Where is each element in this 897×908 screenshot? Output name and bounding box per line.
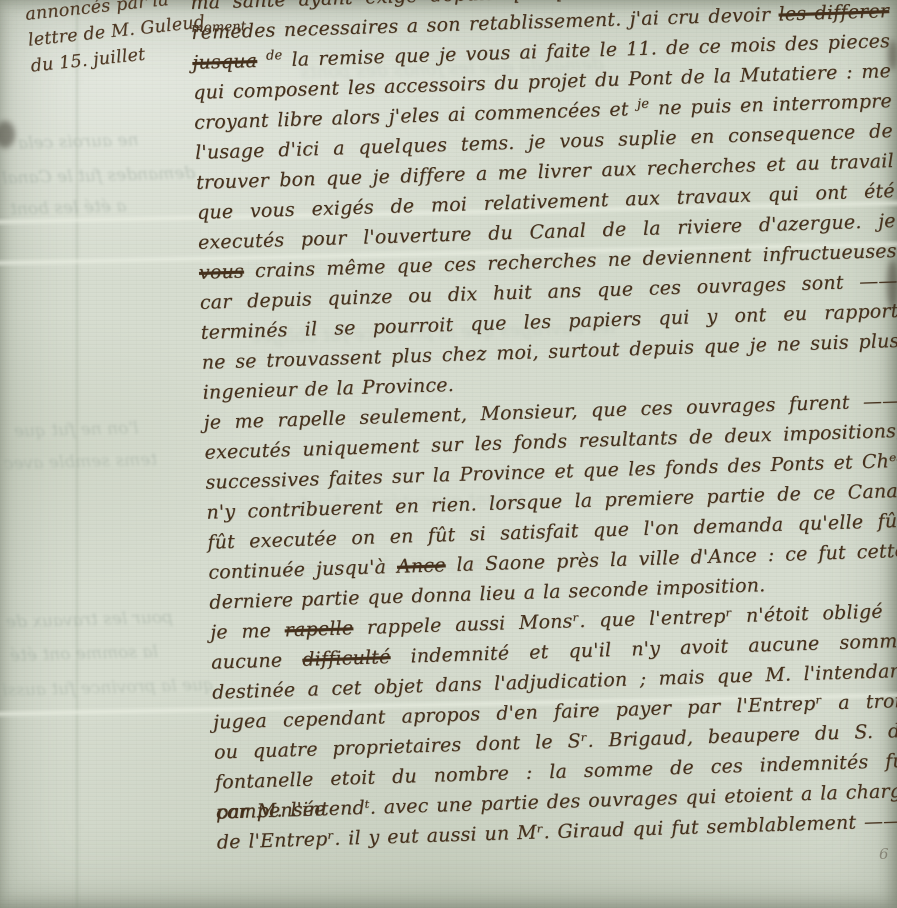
struck-out-text: difficulté bbox=[302, 646, 391, 671]
ink-smudge bbox=[887, 260, 897, 310]
struck-out-text: vous bbox=[199, 260, 245, 283]
showthrough-text: que la province fut aussi bbox=[2, 675, 214, 701]
struck-out-text: rapelle bbox=[284, 617, 353, 641]
interlinear-insertion: je bbox=[637, 97, 650, 112]
showthrough-text: tems semble avec bbox=[4, 450, 158, 474]
showthrough-text: l'on ne fut que bbox=[14, 418, 139, 441]
ink-smudge bbox=[0, 121, 15, 148]
struck-out-text: Ance bbox=[397, 554, 446, 578]
folio-number: 6 bbox=[879, 845, 889, 863]
handwritten-text: continuée jusqu'à bbox=[208, 556, 397, 584]
handwritten-text: je me bbox=[210, 619, 285, 643]
showthrough-text: a été les bont bbox=[10, 196, 127, 219]
struck-out-text: les differer bbox=[778, 0, 889, 25]
interlinear-insertion: de bbox=[266, 48, 283, 64]
margin-note: annoncés par lalettre de M. Guleuddu 15.… bbox=[24, 0, 209, 80]
showthrough-text: la somme ont été bbox=[10, 642, 159, 666]
showthrough-text: demandes fut le Canal bbox=[2, 163, 196, 188]
handwritten-text: ne puis en interrompre bbox=[649, 90, 892, 120]
showthrough-text: ne aurois cela bbox=[18, 130, 139, 153]
ink-smudge bbox=[888, 40, 897, 70]
showthrough-text: pour les travaux de bbox=[6, 608, 173, 633]
handwritten-text: ingenieur de la Province. bbox=[202, 374, 454, 404]
letter-body: ma santé ayant exigé depuis quelques tem… bbox=[190, 0, 897, 858]
manuscript-page: ne aurois celademandes fut le Canala été… bbox=[0, 0, 897, 908]
handwritten-text: aucune bbox=[211, 649, 303, 674]
